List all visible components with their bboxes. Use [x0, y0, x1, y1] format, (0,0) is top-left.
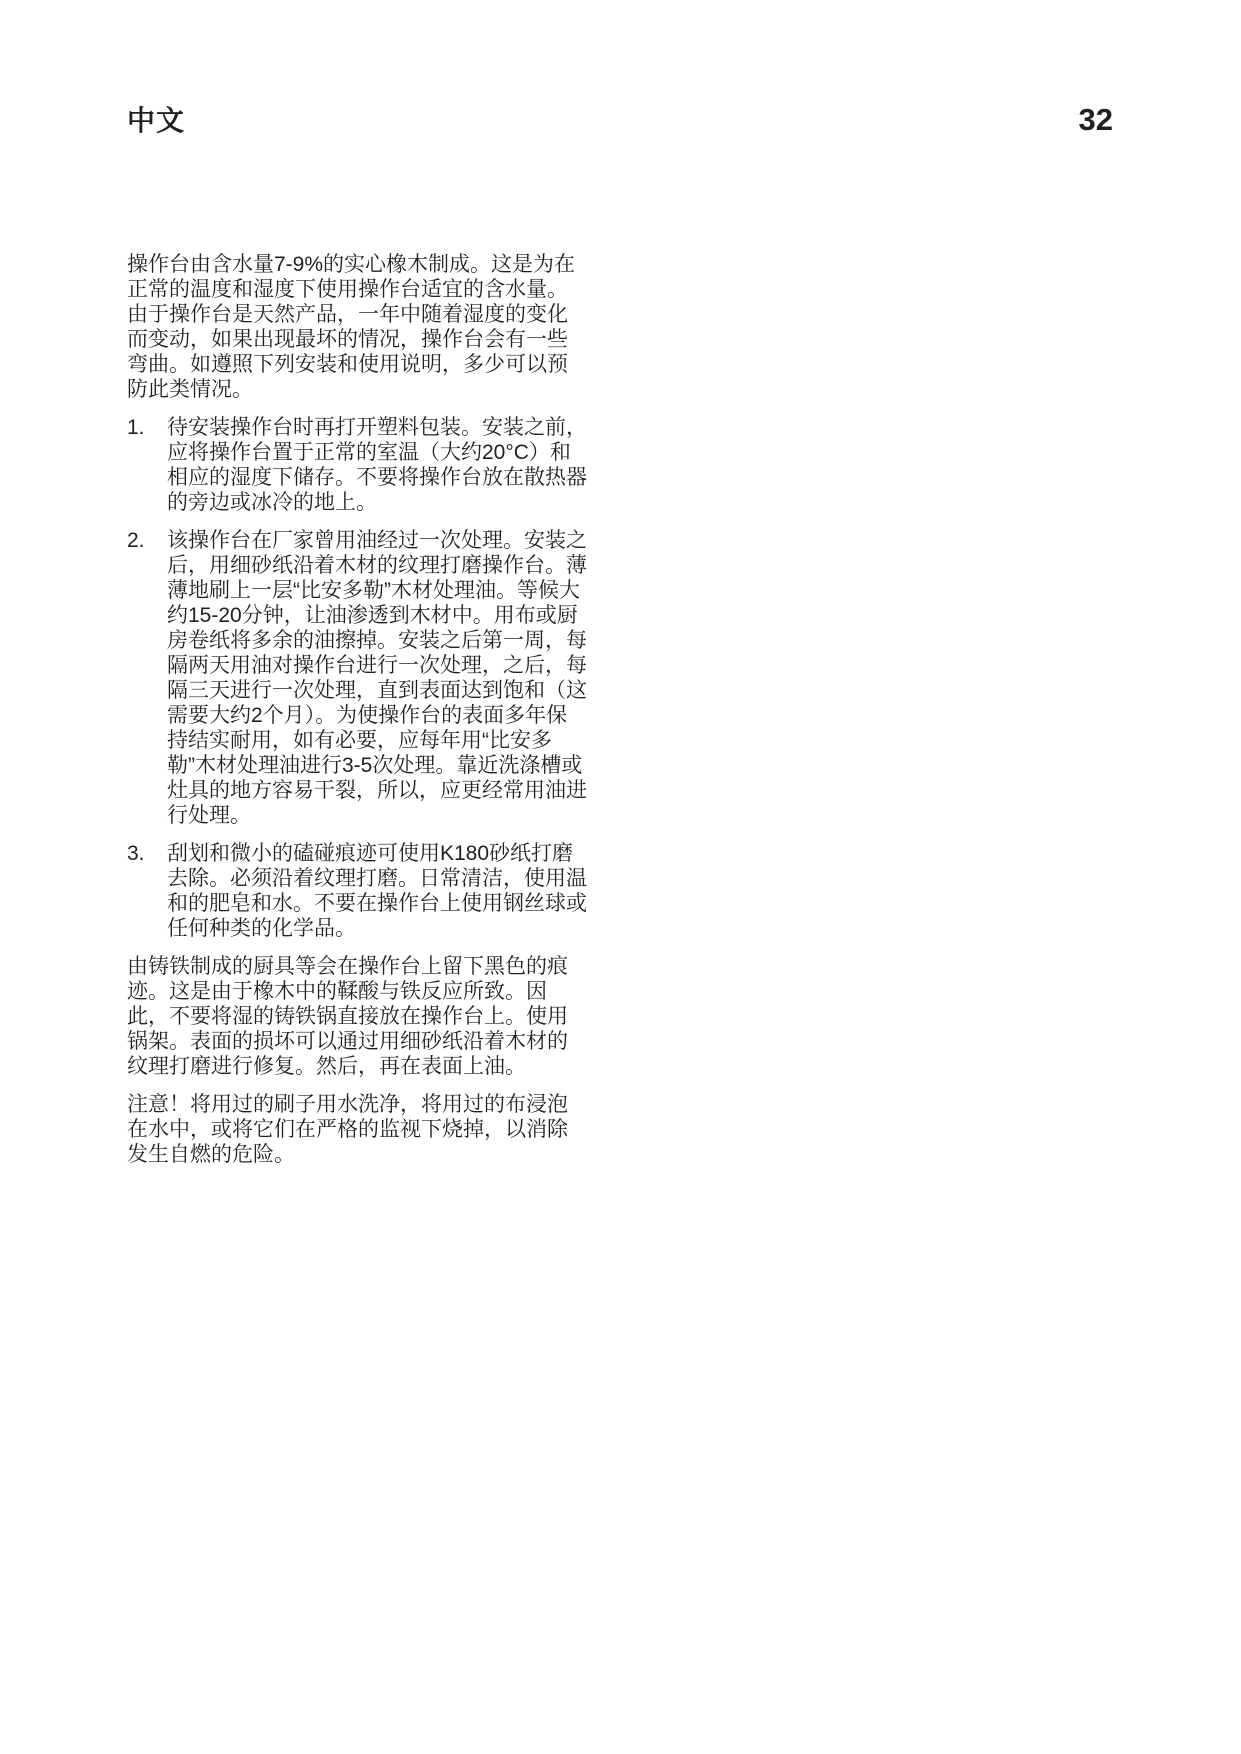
cast-iron-paragraph: 由铸铁制成的厨具等会在操作台上留下黑色的痕迹。这是由于橡木中的鞣酸与铁反应所致。…	[127, 954, 588, 1079]
language-header: 中文	[127, 105, 185, 137]
body-text-column: 操作台由含水量7-9%的实心橡木制成。这是为在正常的温度和湿度下使用操作台适宜的…	[127, 252, 588, 1180]
list-item-unpacking: 1. 待安装操作台时再打开塑料包装。安装之前，应将操作台置于正常的室温（大约20…	[127, 415, 588, 515]
list-item-text: 刮划和微小的磕碰痕迹可使用K180砂纸打磨去除。必须沿着纹理打磨。日常清洁，使用…	[167, 841, 588, 941]
manual-page: 中文 32 操作台由含水量7-9%的实心橡木制成。这是为在正常的温度和湿度下使用…	[0, 0, 1241, 1754]
intro-paragraph: 操作台由含水量7-9%的实心橡木制成。这是为在正常的温度和湿度下使用操作台适宜的…	[127, 252, 588, 402]
list-item-number: 3.	[127, 841, 167, 941]
list-item-scratches: 3. 刮划和微小的磕碰痕迹可使用K180砂纸打磨去除。必须沿着纹理打磨。日常清洁…	[127, 841, 588, 941]
list-item-text: 该操作台在厂家曾用油经过一次处理。安装之后，用细砂纸沿着木材的纹理打磨操作台。薄…	[167, 528, 588, 828]
page-number: 32	[1079, 102, 1113, 138]
list-item-number: 2.	[127, 528, 167, 828]
list-item-oiling: 2. 该操作台在厂家曾用油经过一次处理。安装之后，用细砂纸沿着木材的纹理打磨操作…	[127, 528, 588, 828]
instruction-list: 1. 待安装操作台时再打开塑料包装。安装之前，应将操作台置于正常的室温（大约20…	[127, 415, 588, 941]
list-item-number: 1.	[127, 415, 167, 515]
list-item-text: 待安装操作台时再打开塑料包装。安装之前，应将操作台置于正常的室温（大约20°C）…	[167, 415, 588, 515]
safety-note-paragraph: 注意！将用过的刷子用水洗净，将用过的布浸泡在水中，或将它们在严格的监视下烧掉，以…	[127, 1092, 588, 1167]
